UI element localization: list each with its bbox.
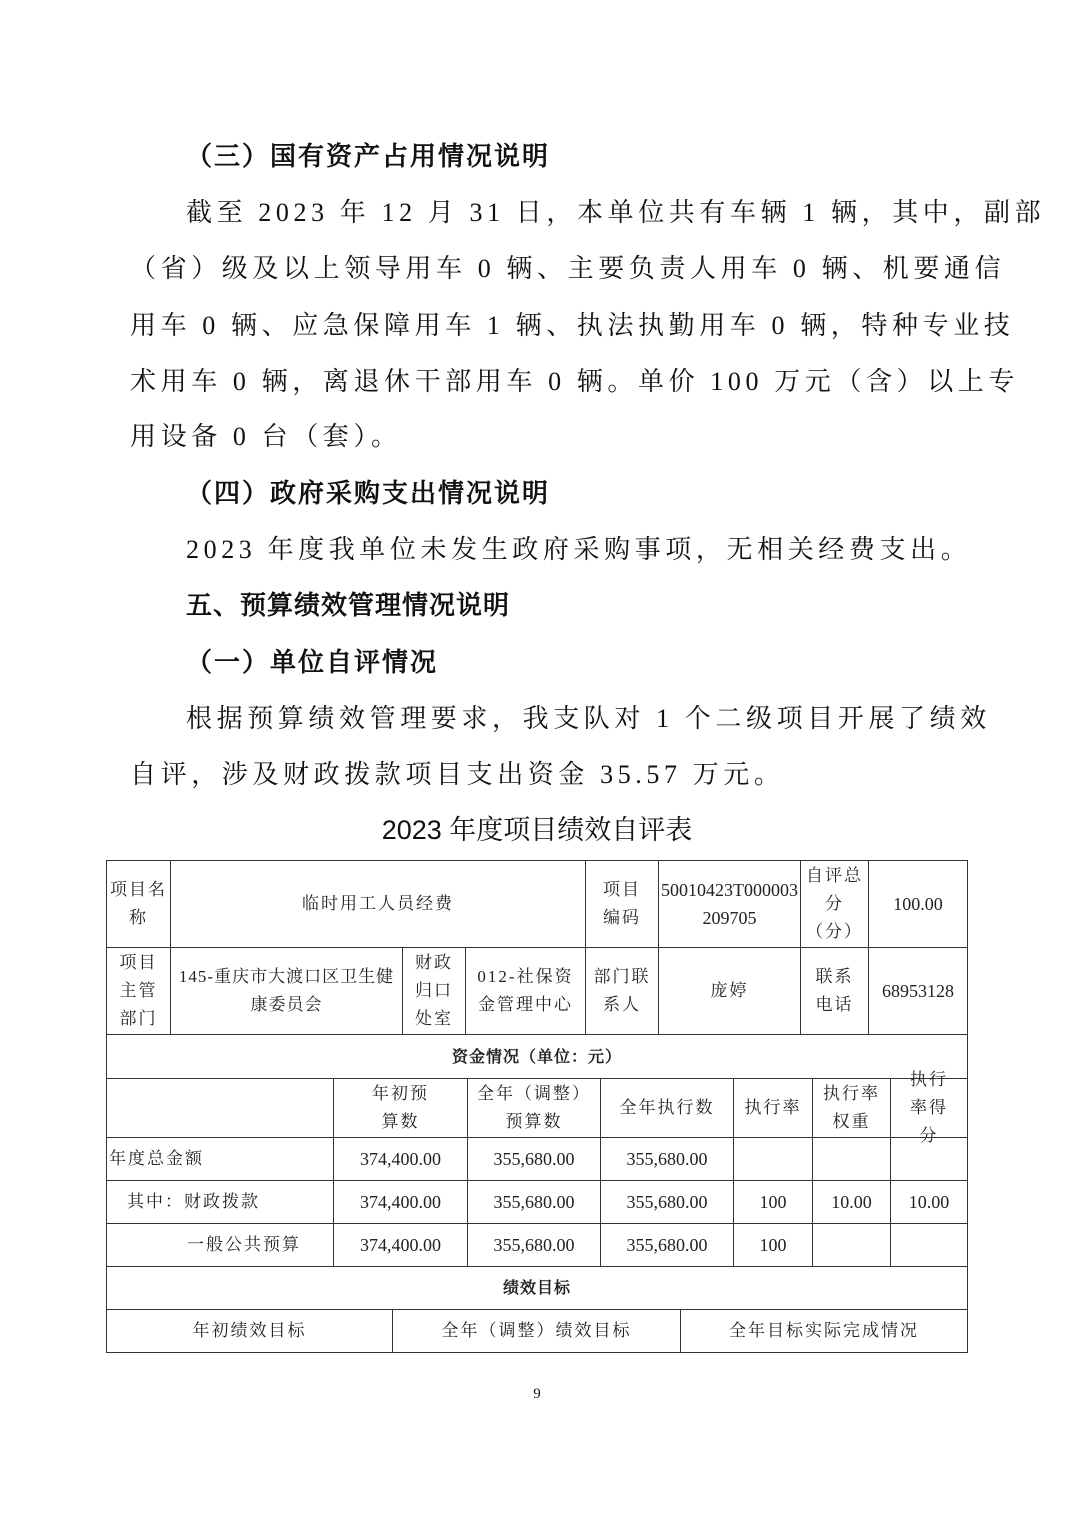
funds-col-score: 执行率得分 bbox=[890, 1078, 968, 1138]
phone-value: 68953128 bbox=[868, 947, 968, 1035]
score-label: 自评总分（分） bbox=[800, 860, 869, 948]
paragraph-line: （省）级及以上领导用车 0 辆、主要负责人用车 0 辆、机要通信 bbox=[130, 252, 950, 286]
funds-row-label: 一般公共预算 bbox=[106, 1223, 334, 1267]
score-value: 100.00 bbox=[868, 860, 968, 948]
funds-row-rate bbox=[733, 1137, 813, 1181]
dept-label: 项目主管部门 bbox=[106, 947, 171, 1035]
paragraph-line: 截至 2023 年 12 月 31 日，本单位共有车辆 1 辆，其中，副部 bbox=[186, 196, 1006, 230]
paragraph-line: 2023 年度我单位未发生政府采购事项，无相关经费支出。 bbox=[186, 533, 1006, 567]
section5-heading: 五、预算绩效管理情况说明 bbox=[186, 589, 1006, 623]
paragraph-line: 自评，涉及财政拨款项目支出资金 35.57 万元。 bbox=[130, 758, 950, 792]
goals-header: 绩效目标 bbox=[106, 1266, 968, 1310]
page-number: 9 bbox=[0, 1386, 1074, 1403]
funds-row-executed: 355,680.00 bbox=[600, 1223, 734, 1267]
funds-col-initial: 年初预算数 bbox=[333, 1078, 468, 1138]
funds-col-rate: 执行率 bbox=[733, 1078, 813, 1138]
funds-row-rate: 100 bbox=[733, 1223, 813, 1267]
paragraph-line: 术用车 0 辆，离退休干部用车 0 辆。单价 100 万元（含）以上专 bbox=[130, 365, 950, 399]
section4-heading: （四）政府采购支出情况说明 bbox=[186, 477, 1006, 511]
funds-row-weight bbox=[812, 1137, 891, 1181]
phone-label: 联系电话 bbox=[800, 947, 869, 1035]
funds-row-adjusted: 355,680.00 bbox=[467, 1223, 601, 1267]
contact-label: 部门联系人 bbox=[585, 947, 659, 1035]
project-name-label: 项目名称 bbox=[106, 860, 171, 948]
project-name: 临时用工人员经费 bbox=[170, 860, 586, 948]
funds-col-adjusted: 全年（调整）预算数 bbox=[467, 1078, 601, 1138]
funds-col-blank bbox=[106, 1078, 334, 1138]
paragraph-line: 用车 0 辆、应急保障用车 1 辆、执法执勤用车 0 辆，特种专业技 bbox=[130, 309, 950, 343]
funds-row-label: 其中：财政拨款 bbox=[106, 1180, 334, 1224]
finance-office-value: 012-社保资金管理中心 bbox=[465, 947, 586, 1035]
funds-row-executed: 355,680.00 bbox=[600, 1137, 734, 1181]
funds-col-executed: 全年执行数 bbox=[600, 1078, 734, 1138]
table-title: 2023 年度项目绩效自评表 bbox=[0, 812, 1074, 848]
funds-row-score: 10.00 bbox=[890, 1180, 968, 1224]
funds-row-adjusted: 355,680.00 bbox=[467, 1180, 601, 1224]
funds-header: 资金情况（单位：元） bbox=[106, 1034, 968, 1079]
funds-row-executed: 355,680.00 bbox=[600, 1180, 734, 1224]
project-code: 50010423T000003209705 bbox=[658, 860, 801, 948]
funds-row-adjusted: 355,680.00 bbox=[467, 1137, 601, 1181]
finance-office-label: 财政归口处室 bbox=[402, 947, 466, 1035]
paragraph-line: 根据预算绩效管理要求，我支队对 1 个二级项目开展了绩效 bbox=[186, 702, 1006, 736]
funds-row-initial: 374,400.00 bbox=[333, 1180, 468, 1224]
funds-row-score bbox=[890, 1137, 968, 1181]
goals-col-actual: 全年目标实际完成情况 bbox=[680, 1309, 968, 1353]
paragraph-line: 用设备 0 台（套）。 bbox=[130, 420, 950, 454]
funds-col-weight: 执行率权重 bbox=[812, 1078, 891, 1138]
goals-col-adjusted: 全年（调整）绩效目标 bbox=[392, 1309, 681, 1353]
section3-heading: （三）国有资产占用情况说明 bbox=[186, 140, 1006, 174]
funds-row-score bbox=[890, 1223, 968, 1267]
goals-col-initial: 年初绩效目标 bbox=[106, 1309, 393, 1353]
dept-value: 145-重庆市大渡口区卫生健康委员会 bbox=[170, 947, 403, 1035]
funds-row-rate: 100 bbox=[733, 1180, 813, 1224]
funds-row-initial: 374,400.00 bbox=[333, 1137, 468, 1181]
project-code-label: 项目编码 bbox=[585, 860, 659, 948]
funds-row-weight bbox=[812, 1223, 891, 1267]
funds-row-weight: 10.00 bbox=[812, 1180, 891, 1224]
contact-value: 庞婷 bbox=[658, 947, 801, 1035]
funds-row-label: 年度总金额 bbox=[106, 1137, 334, 1181]
funds-row-initial: 374,400.00 bbox=[333, 1223, 468, 1267]
section5-subheading: （一）单位自评情况 bbox=[186, 646, 1006, 680]
